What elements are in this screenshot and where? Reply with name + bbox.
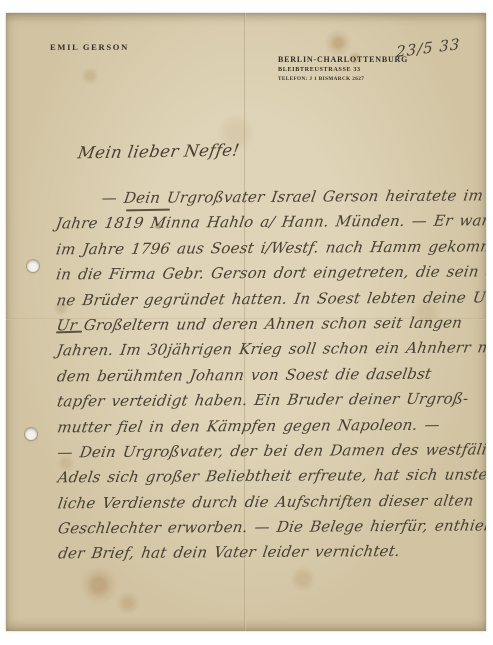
- handwritten-date: 23/5 33: [396, 35, 460, 61]
- handwriting-line: in die Firma Gebr. Gerson dort eingetret…: [54, 260, 450, 288]
- handwriting-line: Geschlechter erworben. — Die Belege hier…: [56, 514, 452, 542]
- handwriting-line: — Dein Urgroßvater, der bei den Damen de…: [56, 438, 452, 466]
- letterhead-address-block: BERLIN-CHARLOTTENBURG BLEIBTREUSTRASSE 3…: [278, 55, 408, 82]
- handwriting-line: im Jahre 1796 aus Soest i/Westf. nach Ha…: [54, 234, 450, 262]
- handwriting-line: Ur Großeltern und deren Ahnen schon seit…: [55, 311, 451, 339]
- punch-hole-top: [27, 260, 39, 272]
- handwriting-line: liche Verdienste durch die Aufschriften …: [56, 488, 452, 516]
- handwriting-line: Jahren. Im 30jährigen Krieg soll schon e…: [55, 336, 451, 364]
- letterhead-street: BLEIBTREUSTRASSE 33: [278, 66, 408, 74]
- handwriting-line: Adels sich großer Beliebtheit erfreute, …: [56, 463, 452, 491]
- letterhead-city: BERLIN-CHARLOTTENBURG: [278, 55, 408, 65]
- salutation: Mein lieber Neffe!: [77, 141, 242, 163]
- letter-paper: EMIL GERSON BERLIN-CHARLOTTENBURG BLEIBT…: [6, 13, 486, 631]
- letterhead-telephone: TELEFON: J 1 BISMARCK 2627: [278, 76, 408, 83]
- punch-hole-bottom: [25, 428, 37, 440]
- scanned-letter-photo: EMIL GERSON BERLIN-CHARLOTTENBURG BLEIBT…: [0, 0, 493, 645]
- letter-body: — Dein Urgroßvater Israel Gerson heirate…: [54, 184, 449, 568]
- handwriting-line: der Brief, hat dein Vater leider vernich…: [56, 539, 452, 567]
- handwriting-line: ne Brüder gegründet hatten. In Soest leb…: [55, 285, 451, 313]
- handwriting-line: dem berühmten Johann von Soest die dasel…: [55, 361, 451, 389]
- handwriting-line: — Dein Urgroßvater Israel Gerson heirate…: [54, 184, 450, 212]
- handwriting-line: Jahre 1819 Minna Hahlo a/ Hann. Münden. …: [54, 209, 450, 237]
- letterhead-sender-name: EMIL GERSON: [50, 42, 129, 52]
- handwriting-line: mutter fiel in den Kämpfen gegen Napoleo…: [55, 412, 451, 440]
- handwriting-line: tapfer verteidigt haben. Ein Bruder dein…: [55, 387, 451, 415]
